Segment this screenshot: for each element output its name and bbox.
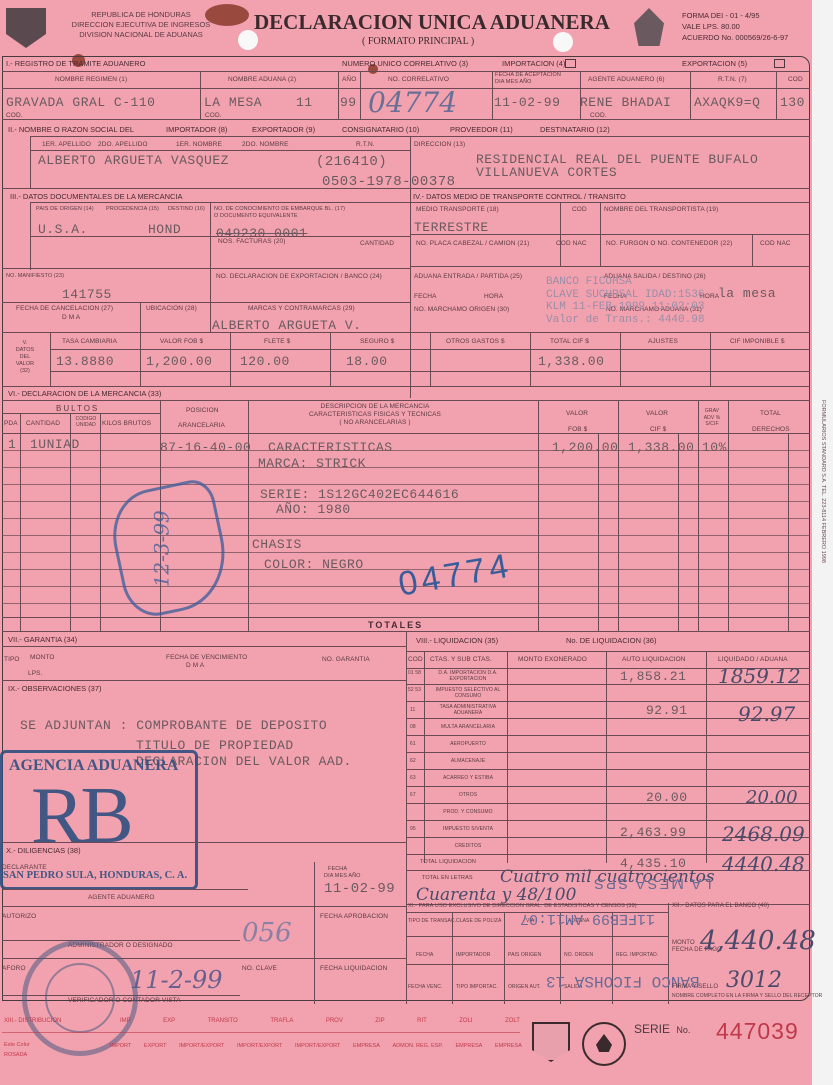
row-cod: 52 53 xyxy=(408,687,421,693)
row-cod: 62 xyxy=(410,758,416,764)
total-cif-label: TOTAL CIF $ xyxy=(550,338,589,345)
distribution-title: XIII.- DISTRIBUCION xyxy=(4,1018,61,1024)
agency-stamp-location: SAN PEDRO SULA, HONDURAS, C. A. xyxy=(3,870,187,881)
marchamo-origen-label: No. MARCHAMO ORIGEN (30) xyxy=(414,306,509,313)
row-cta: ALMACENAJE xyxy=(428,758,508,764)
printer-margin-text: FORMULARIOS STANDARD S.A. TEL. 223-8114 … xyxy=(812,400,826,660)
dist-item: EXP xyxy=(163,1018,175,1024)
row-cta: IMPUESTO S/VENTA xyxy=(428,826,508,832)
tasa-cambiaria-label: TASA CAMBIARIA xyxy=(62,338,117,345)
dist-item: PROV xyxy=(326,1018,343,1024)
table-row: 63 ACARREO Y ESTIBA xyxy=(406,770,810,787)
total-derechos-label2: DERECHOS xyxy=(752,426,790,433)
section-3-title: III.- DATOS DOCUMENTALES DE LA MERCANCIA xyxy=(10,192,183,201)
total-cif-value: 1,338.00 xyxy=(538,354,604,369)
tipo-importac-label: TIPO IMPORTAC. xyxy=(456,984,498,990)
no-liquidacion-label: No. DE LIQUIDACION (36) xyxy=(566,636,656,645)
la-mesa-stamp: LA MESA SPS xyxy=(592,875,712,892)
section-1-title: I.- REGISTRO DE TRAMITE ADUANERO xyxy=(6,59,145,68)
fecha-liquidacion-label: FECHA LIQUIDACION xyxy=(320,965,387,972)
row-cod: 01 58 xyxy=(408,670,421,676)
distribution-row: IMP EXP TRANSITO TRAFLA PROV ZIP RIT ZOL… xyxy=(120,1018,520,1024)
serie-label-group: SERIE No. xyxy=(634,1022,690,1036)
aforo-label: AFORO xyxy=(2,965,26,972)
reg-importad-label: REG. IMPORTAD. xyxy=(616,952,658,958)
role-destinatario[interactable]: DESTINATARIO (12) xyxy=(540,125,610,134)
total-derechos-label: TOTAL xyxy=(760,410,781,417)
seguro-value: 18.00 xyxy=(346,354,388,369)
grav-row-value: 10% xyxy=(702,440,727,455)
section-11-title: XI.- PARA USO EXCLUSIVO DE DIRECCION GRA… xyxy=(408,903,637,909)
row-cod: 67 xyxy=(410,792,416,798)
procedencia-label: PROCEDENCIA (15) xyxy=(106,206,159,212)
row-cta: IMPUESTO SELECTIVO AL CONSUMO xyxy=(428,687,508,699)
total-letras-line2: Cuarenta y 48/100 xyxy=(416,885,576,905)
cantidad-value: 1UNIAD xyxy=(30,437,80,452)
role-proveedor[interactable]: PROVEEDOR (11) xyxy=(450,125,513,134)
footer-map-logo-icon xyxy=(532,1022,570,1062)
grav-label: GRAV ADV % S/CIF xyxy=(702,408,722,428)
ajustes-label: AJUSTES xyxy=(648,338,678,345)
nombre2-label: 2do. NOMBRE xyxy=(242,141,289,148)
row-cta: AEROPUERTO xyxy=(428,741,508,747)
table-row: PROD. Y CONSUMO xyxy=(406,804,810,821)
dist-item: ZOLT xyxy=(505,1018,520,1024)
valor-cif-col-label: VALOR xyxy=(646,410,668,417)
role-consignatario[interactable]: CONSIGNATARIO (10) xyxy=(342,125,419,134)
section-10-title: X.- DILIGENCIAS (38) xyxy=(6,846,81,855)
cancelacion-dma-label: D M A xyxy=(62,314,80,321)
numero-unico-label: NUMERO UNICO CORRELATIVO (3) xyxy=(342,59,468,68)
regimen-label: NOMBRE REGIMEN (1) xyxy=(55,76,127,83)
valor-cif-row-value: 1,338.00 xyxy=(628,440,694,455)
table-row: 61 AEROPUERTO xyxy=(406,736,810,753)
form-subtitle: ( FORMATO PRINCIPAL ) xyxy=(362,36,474,47)
section-7-title: VII.- GARANTIA (34) xyxy=(8,635,77,644)
apellido2-label: 2do. APELLIDO xyxy=(98,141,148,148)
anio-label: AÑO xyxy=(342,76,356,83)
reference-handwritten: 3012 xyxy=(726,968,782,993)
form-price: VALE LPS. 80.00 xyxy=(682,21,788,32)
cod-label: COD xyxy=(788,76,803,83)
row-cod: 95 xyxy=(410,826,416,832)
aduana-cod-label: COD. xyxy=(205,112,222,119)
bank-validation-stamp: BANCO FICOHSA CLAVE SUCURSAL IDAD:1536 K… xyxy=(546,276,704,326)
row-cod: 61 xyxy=(410,741,416,747)
cif-imponible-label: CIF IMPONIBLE $ xyxy=(730,338,785,345)
row-auto-value: 20.00 xyxy=(646,790,688,805)
approval-seal xyxy=(22,940,138,1056)
dist-copy: EXPORT xyxy=(144,1043,167,1049)
table-row: 52 53 IMPUESTO SELECTIVO AL CONSUMO xyxy=(406,685,810,702)
apellido1-label: 1er. APELLIDO xyxy=(42,141,91,148)
row-cta: MULTA ARANCELARIA xyxy=(428,724,508,730)
entrada-fecha-label: FECHA xyxy=(414,293,437,300)
dist-copy: IMPORT/EXPORT xyxy=(179,1043,224,1049)
fecha-vencimiento-label: FECHA DE VENCIMIENTO xyxy=(166,654,247,661)
medio-transporte-label: MEDIO TRANSPORTE (18) xyxy=(416,206,499,213)
aduana-entrada-label: ADUANA ENTRADA / PARTIDA (25) xyxy=(414,273,522,280)
destino-label: DESTINO (16) xyxy=(168,206,205,212)
section-12-title: XII.- DATOS PARA EL BANCO (40) xyxy=(672,903,769,909)
honduras-map-logo-icon xyxy=(6,8,46,48)
section-8-title: VIII.- LIQUIDACION (35) xyxy=(416,636,498,645)
arancelaria-label: ARANCELARIA xyxy=(178,422,225,429)
direccion-label: DIRECCION (13) xyxy=(414,141,465,148)
otros-gastos-label: OTROS GASTOS $ xyxy=(446,338,505,345)
medio-transporte-value: TERRESTRE xyxy=(414,220,489,235)
regimen-cod-label: COD. xyxy=(6,112,23,119)
table-row: 62 ALMACENAJE xyxy=(406,753,810,770)
section-5-title-line: DATOS xyxy=(4,347,46,354)
observacion-line: SE ADJUNTAN : COMPROBANTE DE DEPOSITO xyxy=(20,718,327,733)
role-exportador[interactable]: EXPORTADOR (9) xyxy=(252,125,315,134)
dist-copy: IMPORT/EXPORT xyxy=(295,1043,340,1049)
total-letras-row: TOTAL EN LETRAS Cuatro mil cuatrocientos… xyxy=(406,871,810,905)
dist-copy: EMPRESA xyxy=(495,1043,522,1049)
rtn-label: R.T.N. (7) xyxy=(718,76,747,83)
row-auto-value: 1,858.21 xyxy=(620,669,686,684)
footer-coat-of-arms-icon xyxy=(582,1022,626,1066)
facturas-label: NOS. FACTURAS (20) xyxy=(218,238,286,245)
valor-cif-col-label2: CIF $ xyxy=(650,426,666,433)
table-row: 08 MULTA ARANCELARIA xyxy=(406,719,810,736)
monto-exonerado-label: MONTO EXONERADO xyxy=(518,656,587,663)
entrada-hora-label: HORA xyxy=(484,293,503,300)
time-stamp: 11FEB99 AM11:07 xyxy=(520,910,655,927)
anio-value: 99 xyxy=(340,95,357,110)
tipo-label: TIPO xyxy=(4,656,20,663)
description-line: COLOR: NEGRO xyxy=(264,557,364,572)
declaracion-export-label: No. DECLARACION DE EXPORTACION / BANCO (… xyxy=(216,273,382,280)
bultos-label: BULTOS xyxy=(56,404,99,413)
fecha-label: FECHA xyxy=(328,866,347,872)
no-clave-label: No. CLAVE xyxy=(242,965,277,972)
rtn-value: AXAQK9=Q xyxy=(694,95,760,110)
cantidad-col-label: CANTIDAD xyxy=(26,420,60,427)
correlativo-label: No. CORRELATIVO xyxy=(388,76,449,83)
dist-item: TRANSITO xyxy=(208,1018,238,1024)
total-liquidacion-label: TOTAL LIQUIDACION xyxy=(420,859,476,865)
bank-stamp-line: BANCO FICOHSA xyxy=(546,276,704,289)
serie-no-label: No. xyxy=(676,1025,690,1035)
dist-copy: EMPRESA xyxy=(455,1043,482,1049)
conocimiento-label: No. DE CONOCIMIENTO DE EMBARQUE BL. (17) xyxy=(214,206,345,212)
dist-item: ZOLI xyxy=(459,1018,472,1024)
valor-fob-label: VALOR FOB $ xyxy=(160,338,203,345)
firma-receptor-label: NOMBRE COMPLETO EN LA FIRMA Y SELLO DEL … xyxy=(672,993,822,999)
dist-copy: IMPORT/EXPORT xyxy=(237,1043,282,1049)
pais-origen-label: PAIS ORIGEN xyxy=(508,952,541,958)
dist-copy: ADMON. REG. ESP. xyxy=(393,1043,443,1049)
dist-color-label: Este Color xyxy=(4,1042,30,1048)
row-cta: D.A. IMPORTACION D.A. EXPORTACION xyxy=(428,670,508,682)
cod-col-label: COD xyxy=(408,656,423,663)
aduana-value: LA MESA xyxy=(204,95,262,110)
importacion-checkbox[interactable] xyxy=(565,59,576,68)
correlativo-value: 04774 xyxy=(368,86,457,119)
aduana-label: NOMBRE ADUANA (2) xyxy=(228,76,296,83)
description-line: SERIE: 1S12GC402EC644616 xyxy=(260,487,459,502)
destino-value: HOND xyxy=(148,222,181,237)
nombre1-label: 1er. NOMBRE xyxy=(176,141,222,148)
fecha-dma-label: DIA MES AÑO xyxy=(324,873,361,879)
row-cod: 08 xyxy=(410,724,416,730)
dist-item: ZIP xyxy=(375,1018,384,1024)
form-info-block: FORMA DEI - 01 - 4/95 VALE LPS. 80.00 AC… xyxy=(682,10,788,43)
lps-label: LPS. xyxy=(28,670,43,677)
ctas-col-label: CTAS. Y SUB CTAS. xyxy=(430,656,492,663)
cancelacion-label: FECHA DE CANCELACION (27) xyxy=(16,305,113,312)
vencimiento-dma-label: D M A xyxy=(186,662,204,669)
auto-liquidacion-label: AUTO LIQUIDACION xyxy=(622,656,686,663)
furgon-cod-nac-label: COD NAC xyxy=(760,240,791,247)
manifiesto-label: No. MANIFIESTO (23) xyxy=(6,273,64,279)
destino-value: la mesa xyxy=(718,286,776,301)
tipo-transac-label: TIPO DE TRANSAC. xyxy=(408,918,456,924)
origen-aut-label: ORIGEN AUT. xyxy=(508,984,541,990)
issuer-line: DIRECCION EJECUTIVA DE INGRESOS xyxy=(56,20,226,30)
rtn-line1-value: (216410) xyxy=(316,154,387,170)
description-line: CHASIS xyxy=(252,537,302,552)
issuer-block: REPUBLICA DE HONDURAS DIRECCION EJECUTIV… xyxy=(56,10,226,40)
no-orden-label: No. ORDEN xyxy=(564,952,593,958)
importador-label: IMPORTADOR xyxy=(456,952,490,958)
serial-number: 447039 xyxy=(716,1018,799,1045)
exportacion-checkbox[interactable] xyxy=(774,59,785,68)
seguro-label: SEGURO $ xyxy=(360,338,394,345)
dist-copy: IMPORT xyxy=(110,1043,131,1049)
agente-label: AGENTE ADUANERO (6) xyxy=(588,76,665,83)
rtn2-label: R.T.N. xyxy=(356,141,375,148)
direccion-line2-value: VILLANUEVA CORTES xyxy=(476,165,617,180)
section-5-title-line: DEL xyxy=(4,354,46,361)
cantidad-label: CANTIDAD xyxy=(360,240,394,247)
valor-fob-col-label2: FOB $ xyxy=(568,426,587,433)
dist-item: IMP xyxy=(120,1018,131,1024)
agente-value: RENE BHADAI xyxy=(580,95,671,110)
importer-name-value: ALBERTO ARGUETA VASQUEZ xyxy=(38,153,229,168)
punch-hole xyxy=(553,32,573,52)
pda-value: 1 xyxy=(8,437,16,452)
section-2-title: II.- NOMBRE O RAZON SOCIAL DEL xyxy=(8,125,134,134)
agente-cod-label: COD. xyxy=(590,112,607,119)
bank-stamp-line: KLM 11-FEB-1999 11:02:03 xyxy=(546,301,704,314)
section-9-title: IX.- OBSERVACIONES (37) xyxy=(8,684,102,693)
total-letras-label: TOTAL EN LETRAS xyxy=(422,875,473,881)
transporte-cod-label: COD xyxy=(572,206,587,213)
table-row: 67 OTROS 20.00 20.00 xyxy=(406,787,810,804)
placa-cod-nac-label: COD NAC xyxy=(556,240,587,247)
valor-fob-row-value: 1,200.00 xyxy=(552,440,618,455)
exportacion-label: EXPORTACION (5) xyxy=(682,59,747,68)
descripcion2-label: CARACTERISTICAS FISICAS Y TECNICAS xyxy=(300,411,450,418)
dist-copy: EMPRESA xyxy=(353,1043,380,1049)
dist-item: TRAFLA xyxy=(270,1018,293,1024)
origen-value: U.S.A. xyxy=(38,222,88,237)
section-5-title: V. DATOS DEL VALOR (32) xyxy=(4,340,46,375)
descripcion3-label: ( NO ARANCELARIAS ) xyxy=(300,419,450,426)
issuer-line: REPUBLICA DE HONDURAS xyxy=(56,10,226,20)
description-line: MARCA: STRICK xyxy=(258,456,366,471)
flete-label: FLETE $ xyxy=(264,338,290,345)
form-number: FORMA DEI - 01 - 4/95 xyxy=(682,10,788,21)
origen-label: PAIS DE ORIGEN (14) xyxy=(36,206,94,212)
liquidado-aduana-label: LIQUIDADO / ADUANA xyxy=(718,656,788,663)
dist-rosada-label: ROSADA xyxy=(4,1052,27,1058)
bank-stamp-line: Valor de Trans.: 4440.98 xyxy=(546,314,704,327)
posicion-label: POSICION xyxy=(186,407,219,414)
descripcion-label: DESCRIPCION DE LA MERCANCIA xyxy=(300,403,450,410)
fecha-venc-label: FECHA VENC. xyxy=(408,984,442,990)
customs-declaration-form: REPUBLICA DE HONDURAS DIRECCION EJECUTIV… xyxy=(0,0,812,1085)
description-line: CARACTERISTICAS xyxy=(268,440,393,455)
posicion-value: 87-16-40-00 xyxy=(160,440,251,455)
monto-garantia-label: MONTO xyxy=(30,654,55,661)
pda-label: PDA xyxy=(4,420,18,427)
declaracion-fecha-value: 11-02-99 xyxy=(324,881,395,897)
valor-fob-value: 1,200.00 xyxy=(146,354,212,369)
row-cta: PROD. Y CONSUMO xyxy=(428,809,508,815)
fecha-aprobacion-label: FECHA APROBACION xyxy=(320,913,388,920)
coat-of-arms-icon xyxy=(634,8,664,46)
row-cod: 63 xyxy=(410,775,416,781)
dist-item: RIT xyxy=(417,1018,427,1024)
row-cta: TASA ADMINISTRATIVA ADUANERA xyxy=(428,704,508,716)
ubicacion-label: UBICACION (28) xyxy=(146,305,197,312)
serie-label: SERIE xyxy=(634,1022,670,1036)
codigo-unidad-label: CODIGO UNIDAD xyxy=(72,416,100,428)
firma-label: FIRMA Y SELLO xyxy=(672,984,718,990)
transportista-label: NOMBRE DEL TRANSPORTISTA (19) xyxy=(604,206,718,213)
marcas-label: MARCAS Y CONTRAMARCAS (29) xyxy=(248,305,355,312)
regimen-value: GRAVADA GRAL C-110 xyxy=(6,95,155,110)
section-4-title: IV.- DATOS MEDIO DE TRANSPORTE CONTROL /… xyxy=(413,192,626,201)
aduana-cod-value: 11 xyxy=(296,95,313,110)
row-auto-value: 92.91 xyxy=(646,703,688,718)
valor-fob-col-label: VALOR xyxy=(566,410,588,417)
autorizo-label: AUTORIZO xyxy=(2,913,36,920)
monto-handwritten: 4,440.48 xyxy=(700,926,816,956)
dma-label: DIA MES AÑO xyxy=(495,79,532,85)
aforo-date-handwritten: 11-2-99 xyxy=(130,966,223,994)
row-cta: CREDITOS xyxy=(428,843,508,849)
est-fecha-label: FECHA xyxy=(416,952,433,958)
form-agreement: ACUERDO No. 000569/26-6-97 xyxy=(682,32,788,43)
monto-label: MONTO xyxy=(672,940,695,946)
table-row: 11 TASA ADMINISTRATIVA ADUANERA 92.91 92… xyxy=(406,702,810,719)
clase-poliza-label: CLASE DE POLIZA xyxy=(456,918,501,924)
declarante-label: DECLARANTE xyxy=(2,864,47,871)
no-garantia-label: No. GARANTIA xyxy=(322,656,370,663)
section-5-title-line: (32) xyxy=(4,368,46,375)
furgon-label: No. FURGON O No. CONTENEDOR (22) xyxy=(606,240,732,247)
kilos-label: KILOS BRUTOS xyxy=(102,420,151,427)
table-row: 95 IMPUESTO S/VENTA 2,463.99 2468.09 xyxy=(406,821,810,838)
importacion-label: IMPORTACION (4) xyxy=(502,59,565,68)
issuer-line: DIVISION NACIONAL DE ADUANAS xyxy=(56,30,226,40)
cod-value: 130 xyxy=(780,95,805,110)
section-6-title: VI.- DECLARACION DE LA MERCANCIA (33) xyxy=(8,389,161,398)
description-line: AÑO: 1980 xyxy=(276,502,351,517)
row-cod: 11 xyxy=(410,707,415,713)
distribution-copies-row: IMPORT EXPORT IMPORT/EXPORT IMPORT/EXPOR… xyxy=(110,1043,522,1049)
fecha-aceptacion-value: 11-02-99 xyxy=(494,95,560,110)
placa-label: No. PLACA CABEZAL / CAMION (21) xyxy=(416,240,529,247)
bank-stamp-line: CLAVE SUCURSAL IDAD:1536 xyxy=(546,289,704,302)
fecha-aceptacion-label: FECHA DE ACEPTACION xyxy=(495,72,561,78)
tasa-cambiaria-value: 13.8880 xyxy=(56,354,114,369)
form-title: DECLARACION UNICA ADUANERA xyxy=(254,10,610,35)
section-5-title-line: VALOR xyxy=(4,361,46,368)
clave-handwritten: 056 xyxy=(242,918,292,948)
row-cta: OTROS xyxy=(428,792,508,798)
stamp-date: 12-3-99 xyxy=(149,510,173,587)
conocimiento2-label: O DOCUMENTO EQUIVALENTE xyxy=(214,213,298,219)
row-cta: ACARREO Y ESTIBA xyxy=(428,775,508,781)
role-importador[interactable]: IMPORTADOR (8) xyxy=(166,125,227,134)
marcas-value: ALBERTO ARGUETA V. xyxy=(212,318,361,333)
totales-label: TOTALES xyxy=(368,620,423,630)
table-row: 01 58 D.A. IMPORTACION D.A. EXPORTACION … xyxy=(406,668,810,685)
manifiesto-value: 141755 xyxy=(62,287,112,302)
section-5-title-line: V. xyxy=(4,340,46,347)
flete-value: 120.00 xyxy=(240,354,290,369)
agente-aduanero-label: AGENTE ADUANERO xyxy=(88,894,155,901)
